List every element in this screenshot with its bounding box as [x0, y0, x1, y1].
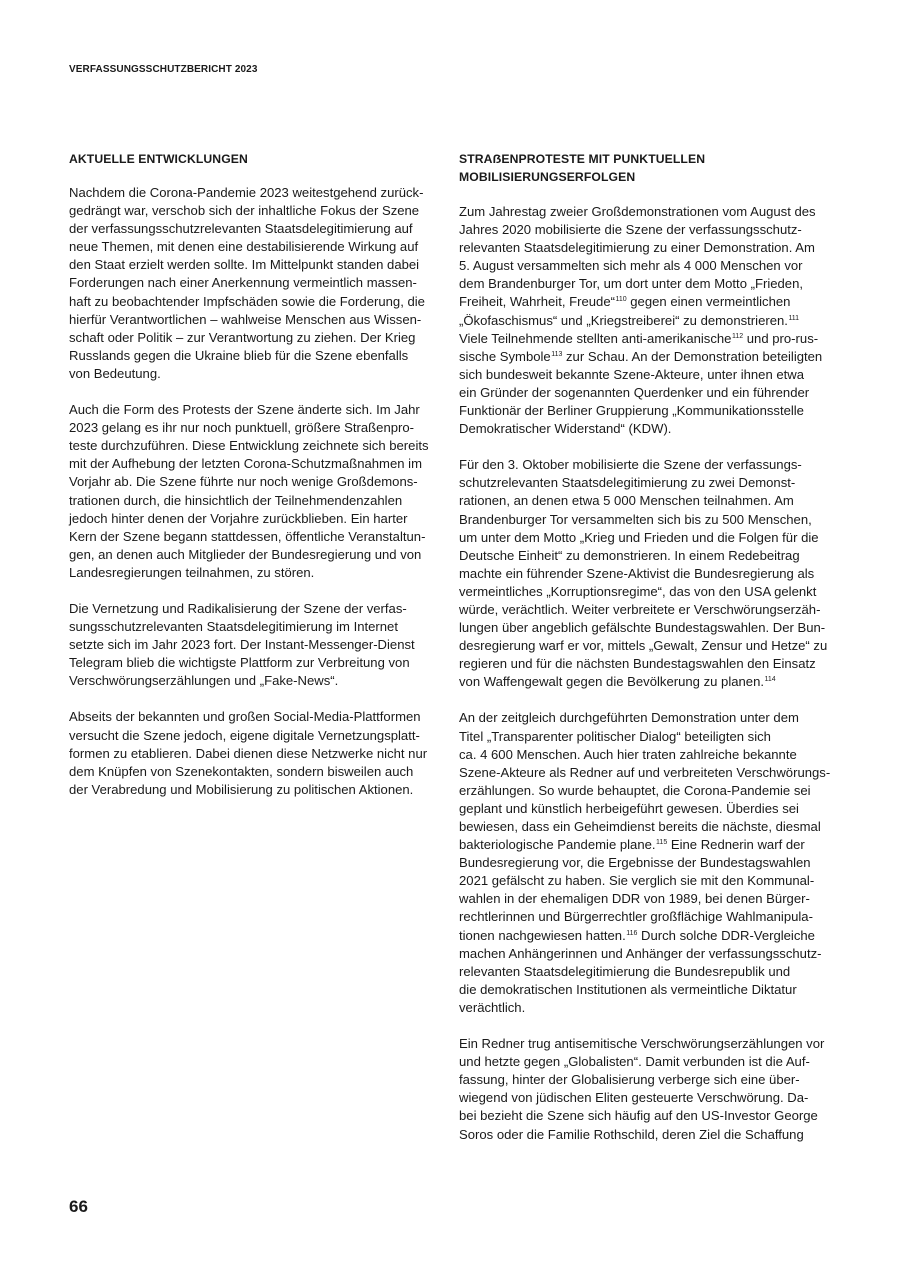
text-line: desregierung warf er vor, mittels „Gewal… [459, 637, 837, 655]
text-line: Für den 3. Oktober mobilisierte die Szen… [459, 456, 837, 474]
text-line: dem Knüpfen von Szenekontakten, sondern … [69, 763, 444, 781]
text-line: dem Brandenburger Tor, um dort unter dem… [459, 275, 837, 293]
text-line: vermeintliches „Korruptionsregime“, das … [459, 583, 837, 601]
text-segment: gegen einen vermeintlichen [627, 294, 791, 309]
footnote-reference[interactable]: 113 [551, 351, 562, 358]
text-line: 2023 gelang es ihr nur noch punktuell, g… [69, 419, 444, 437]
body-paragraph: Ein Redner trug antisemitische Verschwör… [459, 1035, 837, 1144]
text-line: und hetzte gegen „Globalisten“. Damit ve… [459, 1053, 837, 1071]
text-line: Nachdem die Corona-Pandemie 2023 weitest… [69, 184, 444, 202]
text-line: der verfassungsschutzrelevanten Staatsde… [69, 220, 444, 238]
text-line: setzte sich im Jahr 2023 fort. Der Insta… [69, 636, 444, 654]
text-line: würde, verächtlich. Weiter verbreitete e… [459, 601, 837, 619]
text-line: rationen, an denen etwa 5 000 Menschen t… [459, 492, 837, 510]
footnote-reference[interactable]: 110 [615, 296, 626, 303]
text-line: Telegram blieb die wichtigste Plattform … [69, 654, 444, 672]
text-segment: „Ökofaschismus“ und „Kriegstreiberei“ zu… [459, 313, 788, 328]
text-line: schaft oder Politik – zur Verantwortung … [69, 329, 444, 347]
text-line: trationen durch, die hinsichtlich der Te… [69, 492, 444, 510]
footnote-reference[interactable]: 116 [626, 930, 637, 937]
text-line: wahlen in der ehemaligen DDR von 1989, b… [459, 890, 837, 908]
body-paragraph: Zum Jahrestag zweier Großdemonstrationen… [459, 203, 837, 438]
text-line: machen Anhängerinnen und Anhänger der ve… [459, 945, 837, 963]
text-line: gen, an denen auch Mitglieder der Bundes… [69, 546, 444, 564]
footnote-reference[interactable]: 114 [765, 676, 776, 683]
text-line: „Ökofaschismus“ und „Kriegstreiberei“ zu… [459, 312, 837, 330]
text-segment: tionen nachgewiesen hatten. [459, 928, 626, 943]
text-line: sich bundesweit bekannte Szene-Akteure, … [459, 366, 837, 384]
text-line: sungsschutzrelevanten Staatsdelegitimier… [69, 618, 444, 636]
text-segment: und pro-rus- [743, 331, 818, 346]
heading-line: MOBILISIERUNGSERFOLGEN [459, 168, 837, 186]
text-line: Demokratischer Widerstand“ (KDW). [459, 420, 837, 438]
text-line: ca. 4 600 Menschen. Auch hier traten zah… [459, 746, 837, 764]
text-line: neue Themen, mit denen eine destabilisie… [69, 238, 444, 256]
text-line: Brandenburger Tor versammelten sich bis … [459, 511, 837, 529]
text-line: An der zeitgleich durchgeführten Demonst… [459, 709, 837, 727]
text-line: Deutsche Einheit“ zu demonstrieren. In e… [459, 547, 837, 565]
body-paragraph: Die Vernetzung und Radikalisierung der S… [69, 600, 444, 690]
text-line: relevanten Staatsdelegitimierung die Bun… [459, 963, 837, 981]
text-line: relevanten Staatsdelegitimierung zu eine… [459, 239, 837, 257]
text-segment: von Waffengewalt gegen die Bevölkerung z… [459, 674, 764, 689]
text-line: haft zu beobachtender Impfschäden sowie … [69, 293, 444, 311]
text-line: der Verabredung und Mobilisierung zu pol… [69, 781, 444, 799]
text-line: jedoch hinter denen der Vorjahre zurückb… [69, 510, 444, 528]
text-line: hierfür Verantwortlichen – wahlweise Men… [69, 311, 444, 329]
text-segment: Eine Rednerin warf der [667, 837, 805, 852]
footnote-reference[interactable]: 115 [656, 839, 667, 846]
section-heading-aktuelle-entwicklungen: AKTUELLE ENTWICKLUNGEN [69, 150, 444, 168]
text-segment: zur Schau. An der Demonstration beteilig… [562, 349, 822, 364]
text-line: bewiesen, dass ein Geheimdienst bereits … [459, 818, 837, 836]
footnote-reference[interactable]: 111 [788, 315, 799, 322]
text-line: Freiheit, Wahrheit, Freude“110 gegen ein… [459, 293, 837, 311]
right-column: STRAẞENPROTESTE MIT PUNKTUELLEN MOBILISI… [459, 150, 837, 1162]
text-line: versucht die Szene jedoch, eigene digita… [69, 727, 444, 745]
text-line: Szene-Akteure als Redner auf und verbrei… [459, 764, 837, 782]
text-line: Landesregierungen teilnahmen, zu stören. [69, 564, 444, 582]
text-line: von Bedeutung. [69, 365, 444, 383]
text-line: Verschwörungserzählungen und „Fake-News“… [69, 672, 444, 690]
text-line: Vorjahr ab. Die Szene führte nur noch we… [69, 473, 444, 491]
text-line: gedrängt war, verschob sich der inhaltli… [69, 202, 444, 220]
text-segment: bakteriologische Pandemie plane. [459, 837, 656, 852]
text-line: fassung, hinter der Globalisierung verbe… [459, 1071, 837, 1089]
text-line: Ein Redner trug antisemitische Verschwör… [459, 1035, 837, 1053]
text-line: Bundesregierung vor, die Ergebnisse der … [459, 854, 837, 872]
text-segment: Viele Teilnehmende stellten anti-amerika… [459, 331, 731, 346]
text-line: den Staat erzielt werden sollte. Im Mitt… [69, 256, 444, 274]
text-line: um unter dem Motto „Krieg und Frieden un… [459, 529, 837, 547]
text-line: Auch die Form des Protests der Szene änd… [69, 401, 444, 419]
text-line: die demokratischen Institutionen als ver… [459, 981, 837, 999]
heading-line: STRAẞENPROTESTE MIT PUNKTUELLEN [459, 150, 837, 168]
footnote-reference[interactable]: 112 [732, 333, 743, 340]
body-paragraph: Abseits der bekannten und großen Social-… [69, 708, 444, 798]
body-paragraph: Für den 3. Oktober mobilisierte die Szen… [459, 456, 837, 691]
text-line: machte ein führender Szene-Aktivist die … [459, 565, 837, 583]
text-line: regieren und für die nächsten Bundestags… [459, 655, 837, 673]
running-header-title: VERFASSUNGSSCHUTZBERICHT 2023 [69, 64, 258, 75]
text-line: formen zu etablieren. Dabei dienen diese… [69, 745, 444, 763]
text-line: verächtlich. [459, 999, 837, 1017]
body-paragraph: Auch die Form des Protests der Szene änd… [69, 401, 444, 582]
text-line: wiegend von jüdischen Eliten gesteuerte … [459, 1089, 837, 1107]
text-line: Die Vernetzung und Radikalisierung der S… [69, 600, 444, 618]
text-line: erzählungen. So wurde behauptet, die Cor… [459, 782, 837, 800]
body-paragraph: An der zeitgleich durchgeführten Demonst… [459, 709, 837, 1017]
right-column-body: Zum Jahrestag zweier Großdemonstrationen… [459, 203, 837, 1144]
text-line: Abseits der bekannten und großen Social-… [69, 708, 444, 726]
text-line: Funktionär der Berliner Gruppierung „Kom… [459, 402, 837, 420]
text-line: von Waffengewalt gegen die Bevölkerung z… [459, 673, 837, 691]
text-line: bei bezieht die Szene sich häufig auf de… [459, 1107, 837, 1125]
text-line: mit der Aufhebung der letzten Corona-Sch… [69, 455, 444, 473]
text-line: Zum Jahrestag zweier Großdemonstrationen… [459, 203, 837, 221]
text-line: Soros oder die Familie Rothschild, deren… [459, 1126, 837, 1144]
section-heading-strassenproteste: STRAẞENPROTESTE MIT PUNKTUELLEN MOBILISI… [459, 150, 837, 186]
text-line: 2021 gefälscht zu haben. Sie verglich si… [459, 872, 837, 890]
text-line: ein Gründer der sogenannten Querdenker u… [459, 384, 837, 402]
left-column: AKTUELLE ENTWICKLUNGEN Nachdem die Coron… [69, 150, 444, 817]
text-segment: Freiheit, Wahrheit, Freude“ [459, 294, 615, 309]
text-line: schutzrelevanten Staatsdelegitimierung z… [459, 474, 837, 492]
body-paragraph: Nachdem die Corona-Pandemie 2023 weitest… [69, 184, 444, 383]
text-line: Viele Teilnehmende stellten anti-amerika… [459, 330, 837, 348]
text-line: Titel „Transparenter politischer Dialog“… [459, 728, 837, 746]
text-line: rechtlerinnen und Bürgerrechtler großflä… [459, 908, 837, 926]
page-number: 66 [69, 1197, 88, 1217]
text-line: bakteriologische Pandemie plane.115 Eine… [459, 836, 837, 854]
text-line: tionen nachgewiesen hatten.116 Durch sol… [459, 927, 837, 945]
text-line: Russlands gegen die Ukraine blieb für di… [69, 347, 444, 365]
text-line: teste durchzuführen. Diese Entwicklung z… [69, 437, 444, 455]
text-line: lungen über angeblich gefälschte Bundest… [459, 619, 837, 637]
text-line: Jahres 2020 mobilisierte die Szene der v… [459, 221, 837, 239]
text-line: Kern der Szene begann stattdessen, öffen… [69, 528, 444, 546]
text-segment: Durch solche DDR-Vergleiche [637, 928, 815, 943]
text-line: Forderungen nach einer Anerkennung verme… [69, 274, 444, 292]
left-column-body: Nachdem die Corona-Pandemie 2023 weitest… [69, 184, 444, 799]
text-line: geplant und künstlich herbeigeführt gewe… [459, 800, 837, 818]
text-segment: sische Symbole [459, 349, 551, 364]
text-line: 5. August versammelten sich mehr als 4 0… [459, 257, 837, 275]
text-line: sische Symbole113 zur Schau. An der Demo… [459, 348, 837, 366]
